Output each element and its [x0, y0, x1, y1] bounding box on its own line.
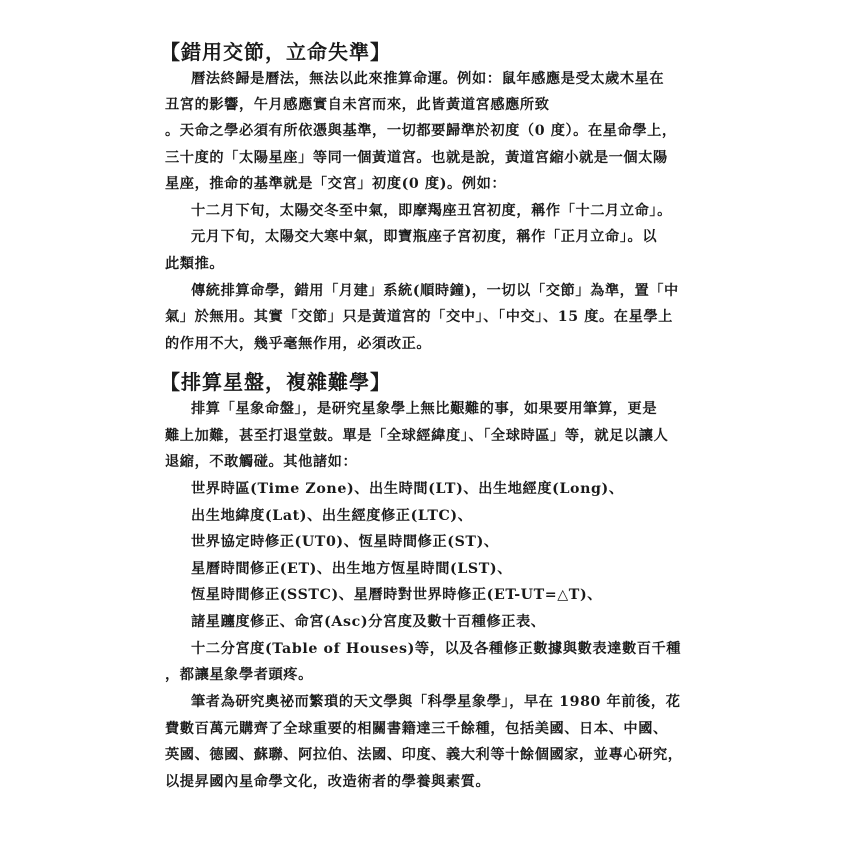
list-line: 十二分宮度(Table of Houses)等，以及各種修正數據與數表達數百千種 — [191, 640, 681, 658]
section-heading-2: 【排算星盤，複雜難學】 — [160, 366, 391, 395]
paragraph-line: ，都讓星象學者頭疼。 — [165, 666, 313, 684]
paragraph-line: 退縮，不敢觸碰。其他諸如： — [165, 453, 357, 471]
paragraph-line: 丑宮的影響，午月感應實自未宮而來，此皆黃道宮感應所致 — [165, 96, 549, 114]
document-page: 【錯用交節，立命失準】 曆法終歸是曆法，無法以此來推算命運。例如：鼠年感應是受太… — [0, 0, 850, 850]
paragraph-line: 十二月下旬，太陽交冬至中氣，即摩羯座丑宮初度，稱作「十二月立命」。 — [191, 202, 672, 220]
list-line: 世界協定時修正(UT0)、恆星時間修正(ST)、 — [191, 533, 499, 551]
list-line: 恆星時間修正(SSTC)、星曆時對世界時修正(ET-UT=△T)、 — [191, 586, 602, 604]
paragraph-line: 元月下旬，太陽交大寒中氣，即寶瓶座子宮初度，稱作「正月立命」。以 — [191, 228, 657, 246]
paragraph-line: 排算「星象命盤」，是研究星象學上無比艱難的事，如果要用筆算，更是 — [191, 400, 657, 418]
section-heading-1: 【錯用交節，立命失準】 — [160, 36, 391, 65]
paragraph-line: 星座，推命的基準就是「交宮」初度(0 度)。例如： — [165, 175, 506, 193]
list-line: 出生地緯度(Lat)、出生經度修正(LTC)、 — [191, 507, 472, 525]
paragraph-line: 氣」於無用。其實「交節」只是黃道宮的「交中」、「中交」、15 度。在星學上 — [165, 308, 673, 326]
list-line: 世界時區(Time Zone)、出生時間(LT)、出生地經度(Long)、 — [191, 480, 624, 498]
list-line: 星曆時間修正(ET)、出生地方恆星時間(LST)、 — [191, 560, 512, 578]
paragraph-line: 難上加難，甚至打退堂鼓。單是「全球經緯度」、「全球時區」等，就足以讓人 — [165, 427, 668, 445]
paragraph-line: 筆者為研究奧祕而繁瑣的天文學與「科學星象學」，早在 1980 年前後，花 — [191, 693, 681, 711]
list-line: 諸星躔度修正、命宮(Asc)分宮度及數十百種修正表、 — [191, 613, 546, 631]
paragraph-line: 此類推。 — [165, 255, 224, 273]
paragraph-line: 費數百萬元購齊了全球重要的相關書籍達三千餘種，包括美國、日本、中國、 — [165, 720, 668, 738]
paragraph-line: 三十度的「太陽星座」等同一個黃道宮。也就是說，黃道宮縮小就是一個太陽 — [165, 149, 668, 167]
paragraph-line: 傳統排算命學，錯用「月建」系統(順時鐘)，一切以「交節」為準，置「中 — [191, 282, 679, 300]
paragraph-line: 。天命之學必須有所依憑與基準，一切都要歸準於初度（0 度）。在星命學上， — [165, 122, 677, 140]
paragraph-line: 以提昇國內星命學文化，改造術者的學養與素質。 — [165, 773, 490, 791]
paragraph-line: 的作用不大，幾乎毫無作用，必須改正。 — [165, 335, 431, 353]
paragraph-line: 曆法終歸是曆法，無法以此來推算命運。例如：鼠年感應是受太歲木星在 — [191, 70, 664, 88]
paragraph-line: 英國、德國、蘇聯、阿拉伯、法國、印度、義大利等十餘個國家，並專心研究， — [165, 746, 683, 764]
